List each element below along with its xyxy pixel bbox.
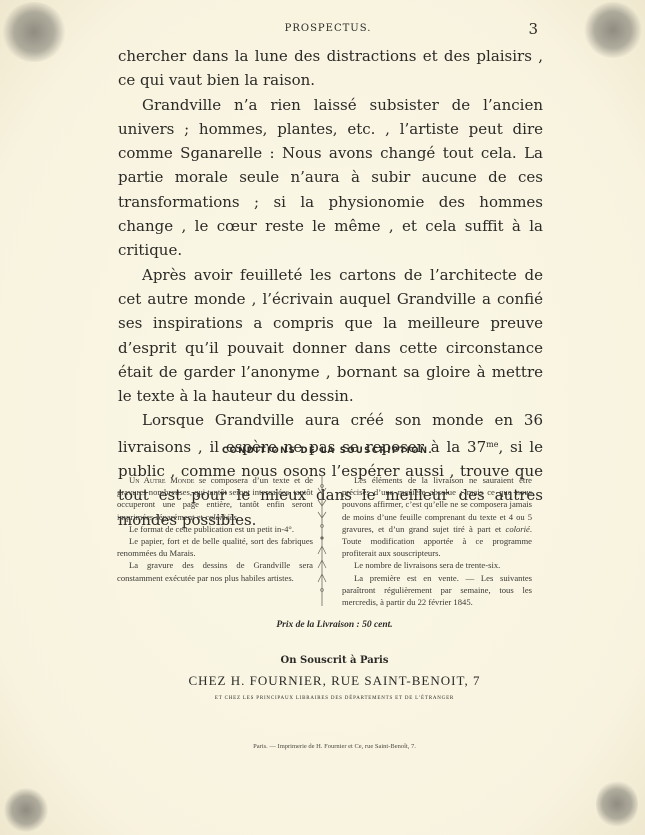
running-head: PROSPECTUS. bbox=[118, 23, 538, 34]
conditions-title: CONDITIONS DE LA SOUSCRIPTION. bbox=[0, 446, 645, 456]
main-text: chercher dans la lune des distractions e… bbox=[118, 44, 543, 532]
paragraph: chercher dans la lune des distractions e… bbox=[118, 44, 543, 93]
paragraph: Un Autre Monde se composera d’un texte e… bbox=[117, 474, 313, 523]
paragraph: Les éléments de la livraison ne sauraien… bbox=[342, 474, 532, 559]
ornamental-divider-icon bbox=[314, 474, 330, 608]
paragraph: Le papier, fort et de belle qualité, sor… bbox=[117, 535, 313, 559]
paragraph: La gravure des dessins de Grandville ser… bbox=[117, 559, 313, 583]
foxing-stain-top-right bbox=[584, 2, 642, 58]
paragraph: La première est en vente. — Les suivante… bbox=[342, 572, 532, 609]
paragraph: Le format de cette publication est un pe… bbox=[117, 523, 313, 535]
subscribe-line: On Souscrit à Paris bbox=[0, 655, 645, 666]
paragraph: Le nombre de livraisons sera de trente-s… bbox=[342, 559, 532, 571]
booksellers-line: et chez les principaux libraires des dép… bbox=[0, 696, 645, 701]
foxing-stain-bottom-right bbox=[596, 780, 638, 828]
page-number: 3 bbox=[528, 20, 538, 38]
paragraph: Après avoir feuilleté les cartons de l’a… bbox=[118, 263, 543, 409]
conditions-left-column: Un Autre Monde se composera d’un texte e… bbox=[117, 474, 313, 584]
paragraph: Grandville n’a rien laissé subsister de … bbox=[118, 93, 543, 263]
conditions-right-column: Les éléments de la livraison ne sauraien… bbox=[342, 474, 532, 608]
foxing-stain-bottom-left bbox=[4, 788, 48, 832]
printer-imprint: Paris. — Imprimerie de H. Fournier et Ce… bbox=[0, 743, 645, 750]
price-line: Prix de la Livraison : 50 cent. bbox=[0, 620, 645, 630]
foxing-stain-top-left bbox=[2, 2, 66, 62]
publisher-address: CHEZ H. FOURNIER, RUE SAINT-BENOIT, 7 bbox=[0, 673, 645, 689]
page-header: PROSPECTUS. 3 bbox=[118, 20, 538, 38]
